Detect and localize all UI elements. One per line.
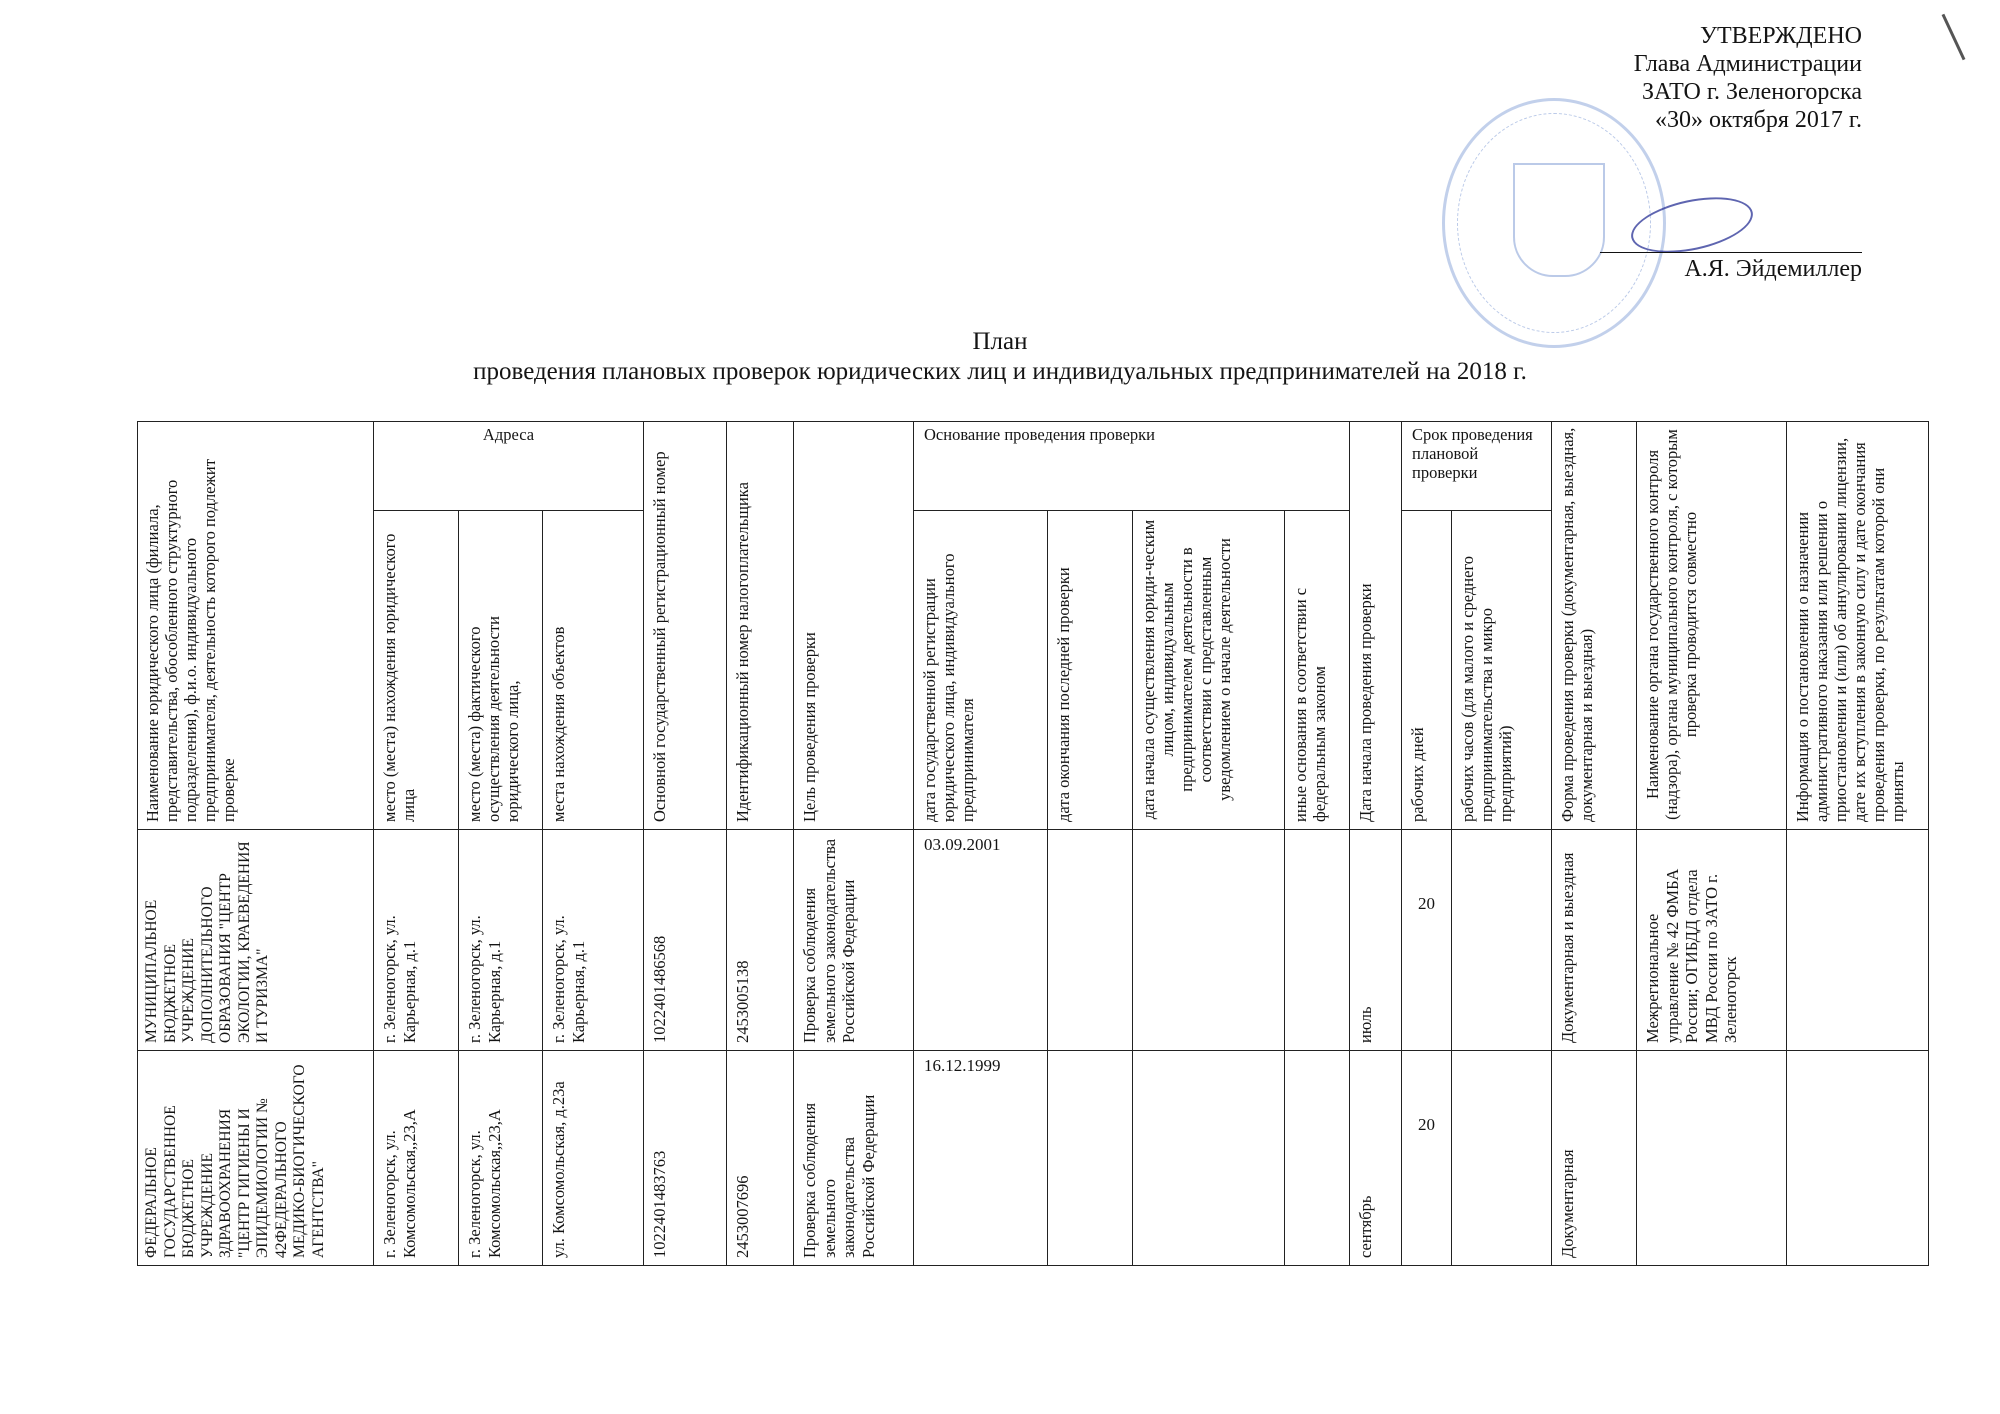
- header-addr-legal: место (места) нахождения юридического ли…: [374, 511, 459, 830]
- addr-actual-value: г. Зеленогорск, ул. Карьерная, д.1: [459, 830, 543, 1051]
- header-joint-body: Наименование органа государственного кон…: [1637, 421, 1787, 830]
- header-sanctions-info: Информация о постановлении о назначении …: [1787, 421, 1929, 830]
- table-cell-inn: 2453005138: [727, 830, 794, 1051]
- table-cell-purpose: Проверка соблюдения земельного законодат…: [794, 830, 914, 1051]
- header-basis-start-activity: дата начала осуществления юриди-ческим л…: [1133, 511, 1285, 830]
- table-cell-joint-body: Межрегиональное управление № 42 ФМБА Рос…: [1637, 830, 1787, 1051]
- table-cell-addr-actual: г. Зеленогорск, ул. Карьерная, д.1: [459, 830, 543, 1051]
- ogrn-value: 1022401486568: [644, 830, 727, 1051]
- start-date-value: июль: [1350, 830, 1402, 1051]
- header-ogrn-text: Основной государственный регистрационный…: [644, 421, 727, 830]
- header-purpose-text: Цель проведения проверки: [794, 421, 914, 830]
- name-value: МУНИЦИПАЛЬНОЕ БЮДЖЕТНОЕ УЧРЕЖДЕНИЕ ДОПОЛ…: [137, 830, 374, 1051]
- inn-value: 2453005138: [727, 830, 794, 1051]
- table-cell-term-hours: [1452, 830, 1552, 1051]
- table-cell-term-days: 20: [1402, 830, 1452, 1051]
- addr-legal-value: г. Зеленогорск, ул. Карьерная, д.1: [374, 830, 459, 1051]
- header-basis-other: иные основания в соответствии с федераль…: [1285, 511, 1350, 830]
- header-term-label: Срок проведения плановой проверки: [1402, 421, 1551, 486]
- reg-date-value: 16.12.1999: [914, 1051, 1011, 1080]
- start-date-value: сентябрь: [1350, 1051, 1402, 1266]
- header-addr-actual-text: место (места) фактического осуществления…: [459, 511, 543, 830]
- table-cell-term-days: 20: [1402, 1051, 1452, 1266]
- form-value: Документарная: [1552, 1051, 1637, 1266]
- table-cell-start-date: сентябрь: [1350, 1051, 1402, 1266]
- header-start-date-text: Дата начала проведения проверки: [1350, 421, 1402, 830]
- header-term-days-text: рабочих дней: [1402, 511, 1452, 830]
- header-basis-reg-date-text: дата государственной регистрации юридиче…: [914, 511, 1048, 830]
- ogrn-value: 1022401483763: [644, 1051, 727, 1266]
- table-cell-addr-objects: г. Зеленогорск, ул. Карьерная, д.1: [543, 830, 644, 1051]
- table-cell-sanctions-info: [1787, 830, 1929, 1051]
- table-cell-form: Документарная и выездная: [1552, 830, 1637, 1051]
- header-addr-actual: место (места) фактического осуществления…: [459, 511, 543, 830]
- approval-line: УТВЕРЖДЕНО: [1634, 22, 1862, 50]
- header-basis-last-check: дата окончания последней проверки: [1048, 511, 1133, 830]
- header-basis-start-activity-text: дата начала осуществления юриди-ческим л…: [1133, 511, 1285, 830]
- header-joint-body-text: Наименование органа государственного кон…: [1637, 421, 1787, 830]
- addr-legal-value: г. Зеленогорск, ул. Комсомольская,,23,А: [374, 1051, 459, 1266]
- addr-objects-value: г. Зеленогорск, ул. Карьерная, д.1: [543, 830, 644, 1051]
- header-start-date: Дата начала проведения проверки: [1350, 421, 1402, 830]
- header-sanctions-info-text: Информация о постановлении о назначении …: [1787, 421, 1929, 830]
- header-term-days: рабочих дней: [1402, 511, 1452, 830]
- header-addresses-label: Адреса: [374, 421, 643, 448]
- table-cell-basis-other: [1285, 1051, 1350, 1266]
- inn-value: 2453007696: [727, 1051, 794, 1266]
- reg-date-value: 03.09.2001: [914, 830, 1011, 859]
- approval-block: УТВЕРЖДЕНО Глава Администрации ЗАТО г. З…: [1634, 22, 1862, 134]
- header-term-hours-text: рабочих часов (для малого и среднего пре…: [1452, 511, 1552, 830]
- table-cell-basis-other: [1285, 830, 1350, 1051]
- header-addr-objects-text: места нахождения объектов: [543, 511, 644, 830]
- table-cell-basis-last-check: [1048, 830, 1133, 1051]
- table-cell-joint-body: [1637, 1051, 1787, 1266]
- header-purpose: Цель проведения проверки: [794, 421, 914, 830]
- table-cell-inn: 2453007696: [727, 1051, 794, 1266]
- header-ogrn: Основной государственный регистрационный…: [644, 421, 727, 830]
- term-days-value: 20: [1402, 890, 1451, 917]
- table-cell-start-date: июль: [1350, 830, 1402, 1051]
- header-basis-group: Основание проведения проверки: [914, 421, 1350, 511]
- approval-date: «30» октября 2017 г.: [1634, 106, 1862, 134]
- signatory-name: А.Я. Эйдемиллер: [1684, 256, 1862, 283]
- addr-actual-value: г. Зеленогорск, ул. Комсомольская,,23,А: [459, 1051, 543, 1266]
- table-cell-ogrn: 1022401486568: [644, 830, 727, 1051]
- table-cell-addr-legal: г. Зеленогорск, ул. Карьерная, д.1: [374, 830, 459, 1051]
- table-cell-name: ФЕДЕРАЛЬНОЕ ГОСУДАРСТВЕННОЕ БЮДЖЕТНОЕ УЧ…: [137, 1051, 374, 1266]
- signature-line: [1600, 252, 1862, 253]
- addr-objects-value: ул. Комсомольская, д.23а: [543, 1051, 644, 1266]
- joint-body-value: Межрегиональное управление № 42 ФМБА Рос…: [1637, 830, 1787, 1051]
- coat-of-arms-icon: [1513, 163, 1605, 277]
- purpose-value: Проверка соблюдения земельного законодат…: [794, 1051, 914, 1266]
- header-basis-reg-date: дата государственной регистрации юридиче…: [914, 511, 1048, 830]
- table-cell-name: МУНИЦИПАЛЬНОЕ БЮДЖЕТНОЕ УЧРЕЖДЕНИЕ ДОПОЛ…: [137, 830, 374, 1051]
- table-cell-addr-legal: г. Зеленогорск, ул. Комсомольская,,23,А: [374, 1051, 459, 1266]
- header-basis-last-check-text: дата окончания последней проверки: [1048, 511, 1133, 830]
- name-value: ФЕДЕРАЛЬНОЕ ГОСУДАРСТВЕННОЕ БЮДЖЕТНОЕ УЧ…: [137, 1051, 374, 1266]
- table-cell-basis-last-check: [1048, 1051, 1133, 1266]
- table-cell-sanctions-info: [1787, 1051, 1929, 1266]
- table-cell-addr-actual: г. Зеленогорск, ул. Комсомольская,,23,А: [459, 1051, 543, 1266]
- scan-artifact: [1942, 14, 1966, 61]
- table-cell-term-hours: [1452, 1051, 1552, 1266]
- approval-line: ЗАТО г. Зеленогорска: [1634, 78, 1862, 106]
- inspection-plan-table: Наименование юридического лица (филиала,…: [137, 421, 1929, 1266]
- table-cell-ogrn: 1022401483763: [644, 1051, 727, 1266]
- header-term-group: Срок проведения плановой проверки: [1402, 421, 1552, 511]
- header-name: Наименование юридического лица (филиала,…: [137, 421, 374, 830]
- term-days-value: 20: [1402, 1111, 1451, 1138]
- header-inn-text: Идентификационный номер налогоплательщик…: [727, 421, 794, 830]
- header-term-hours: рабочих часов (для малого и среднего пре…: [1452, 511, 1552, 830]
- purpose-value: Проверка соблюдения земельного законодат…: [794, 830, 914, 1051]
- document-title: План: [0, 328, 2000, 356]
- header-inn: Идентификационный номер налогоплательщик…: [727, 421, 794, 830]
- table-cell-purpose: Проверка соблюдения земельного законодат…: [794, 1051, 914, 1266]
- table-cell-basis-start-activity: [1133, 830, 1285, 1051]
- table-cell-basis-reg-date: 16.12.1999: [914, 1051, 1048, 1266]
- header-basis-other-text: иные основания в соответствии с федераль…: [1285, 511, 1350, 830]
- header-addr-objects: места нахождения объектов: [543, 511, 644, 830]
- table-cell-basis-start-activity: [1133, 1051, 1285, 1266]
- table-cell-form: Документарная: [1552, 1051, 1637, 1266]
- official-seal-stamp: [1442, 98, 1666, 348]
- header-basis-label: Основание проведения проверки: [914, 421, 1165, 448]
- header-form-text: Форма проведения проверки (документарная…: [1552, 421, 1637, 830]
- document-subtitle: проведения плановых проверок юридических…: [0, 358, 2000, 386]
- header-addr-legal-text: место (места) нахождения юридического ли…: [374, 511, 459, 830]
- approval-line: Глава Администрации: [1634, 50, 1862, 78]
- form-value: Документарная и выездная: [1552, 830, 1637, 1051]
- table-cell-basis-reg-date: 03.09.2001: [914, 830, 1048, 1051]
- table-cell-addr-objects: ул. Комсомольская, д.23а: [543, 1051, 644, 1266]
- header-form: Форма проведения проверки (документарная…: [1552, 421, 1637, 830]
- header-addresses-group: Адреса: [374, 421, 644, 511]
- header-name-text: Наименование юридического лица (филиала,…: [137, 421, 374, 830]
